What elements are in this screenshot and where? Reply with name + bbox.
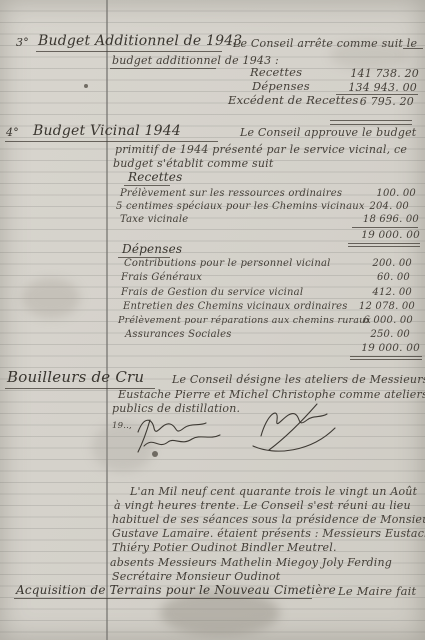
register-page: 3° Budget Additionnel de 1943 Le Conseil…: [0, 0, 425, 640]
depense-item-amount: 412. 00: [372, 288, 412, 298]
total-rule: [350, 359, 422, 360]
paper-stain: [22, 278, 80, 318]
total-rule: [348, 246, 420, 247]
row-label: Dépenses: [252, 81, 310, 93]
row-amount: 134 943. 00: [348, 82, 417, 93]
section-4-title: Budget Vicinal 1944: [33, 124, 181, 138]
total-rule: [330, 124, 412, 125]
depense-item-amount: 6 000. 00: [363, 316, 413, 326]
session-line: Thiéry Potier Oudinot Bindler Meutrel.: [112, 542, 337, 553]
row-label: Recettes: [250, 67, 302, 79]
depense-item-amount: 12 078. 00: [359, 302, 415, 312]
underline: [36, 51, 222, 52]
bouilleurs-body-line-1: Le Conseil désigne les ateliers de Messi…: [172, 374, 425, 385]
bouilleurs-title: Bouilleurs de Cru: [7, 370, 144, 385]
total-rule: [350, 356, 422, 357]
section-3-intro-line-1: Le Conseil arrête comme suit le: [233, 38, 417, 49]
session-line: absents Messieurs Mathelin Miegoy Joly F…: [110, 557, 392, 568]
section-4-intro-line-1: Le Conseil approuve le budget: [240, 127, 416, 138]
depense-item-amount: 250. 00: [370, 330, 410, 340]
underline: [352, 227, 418, 228]
signature-stroke: [261, 413, 327, 436]
depense-item-amount: 200. 00: [372, 259, 412, 269]
recettes-total: 19 000. 00: [361, 230, 420, 241]
row-amount: 141 738. 20: [350, 68, 419, 79]
depense-item-label: Prélèvement pour réparations aux chemins…: [118, 316, 371, 326]
depense-item-label: Frais Généraux: [121, 273, 202, 283]
ink-speck: [84, 84, 88, 88]
signature-stroke: [269, 404, 317, 450]
signature-stroke: [138, 420, 150, 452]
section-3-number: 3°: [16, 37, 29, 48]
underline: [14, 598, 312, 599]
depense-item-amount: 60. 00: [377, 273, 410, 283]
depense-item-label: Frais de Gestion du service vicinal: [121, 288, 303, 298]
session-line: Secrétaire Monsieur Oudinot: [112, 571, 280, 582]
session-line: Gustave Lamaire. étaient présents : Mess…: [112, 528, 425, 539]
row-label: Excédent de Recettes: [228, 95, 358, 107]
signature-date-mark: 19..,: [112, 422, 132, 431]
signature-scribbles: [130, 408, 240, 458]
recette-item-label: Prélèvement sur les ressources ordinaire…: [120, 189, 342, 199]
depense-item-label: Assurances Sociales: [125, 330, 232, 340]
section-3-title: Budget Additionnel de 1943: [38, 34, 242, 48]
underline: [5, 141, 218, 142]
session-line: habituel de ses séances sous la présiden…: [112, 514, 425, 525]
signature-stroke: [144, 435, 220, 446]
recettes-heading: Recettes: [128, 171, 182, 183]
recette-item-amount: 204. 00: [369, 202, 409, 212]
acquisition-title: Acquisition de Terrains pour le Nouveau …: [16, 584, 336, 596]
margin-rule-line: [106, 0, 108, 640]
session-line: L'an Mil neuf cent quarante trois le vin…: [130, 486, 417, 497]
signature-flourish: [253, 428, 335, 451]
section-4-number: 4°: [6, 127, 19, 138]
recette-item-label: Taxe vicinale: [120, 215, 188, 225]
underline: [110, 68, 216, 69]
session-line: à vingt heures trente. Le Conseil s'est …: [114, 500, 411, 511]
total-rule: [330, 120, 412, 121]
depenses-heading: Dépenses: [122, 243, 182, 255]
underline: [124, 185, 170, 186]
signature-lamaire: [245, 398, 345, 456]
section-4-intro-line-3: budget s'établit comme suit: [113, 158, 274, 169]
filler-dash: [403, 48, 423, 49]
depenses-total: 19 000. 00: [361, 343, 420, 354]
section-4-intro-line-2: primitif de 1944 présenté par le service…: [115, 144, 407, 155]
depense-item-label: Entretien des Chemins vicinaux ordinaire…: [123, 302, 348, 312]
depense-item-label: Contributions pour le personnel vicinal: [124, 259, 331, 269]
total-rule: [348, 243, 420, 244]
recette-item-label: 5 centimes spéciaux pour les Chemins vic…: [116, 202, 365, 212]
recette-item-amount: 100. 00: [376, 189, 416, 199]
acquisition-trailing-text: Le Maire fait: [338, 586, 416, 598]
row-amount: 6 795. 20: [360, 96, 414, 107]
recette-item-amount: 18 696. 00: [363, 215, 419, 225]
